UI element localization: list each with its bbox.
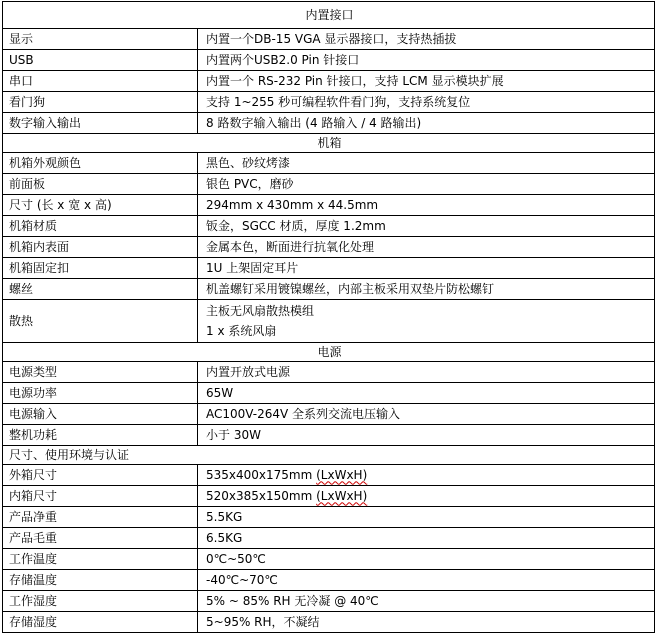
spec-value-cell: 银色 PVC，磨砂 <box>198 174 655 195</box>
spec-row: 机箱内表面金属本色，断面进行抗氧化处理 <box>3 237 655 258</box>
spec-value-cell: 内置开放式电源 <box>198 362 655 383</box>
spec-value-cell: 1U 上架固定耳片 <box>198 258 655 279</box>
spec-label-cell: 工作温度 <box>3 549 198 570</box>
spec-row: 存储湿度5~95% RH，不凝结 <box>3 612 655 633</box>
spec-value-cell: 8 路数字输入输出 (4 路输入 / 4 路输出) <box>198 113 655 134</box>
spec-value-cell: 0℃~50℃ <box>198 549 655 570</box>
spec-label-cell: 机箱材质 <box>3 216 198 237</box>
spellcheck-flagged-text: (LxWxH) <box>316 468 367 482</box>
spec-label-cell: 电源类型 <box>3 362 198 383</box>
spec-label-cell: 产品净重 <box>3 507 198 528</box>
spec-value-cell: 机盖螺钉采用镀镍螺丝，内部主板采用双垫片防松螺钉 <box>198 279 655 300</box>
spec-row: 显示内置一个DB-15 VGA 显示器接口，支持热插拔 <box>3 29 655 50</box>
spec-value-cell: 5.5KG <box>198 507 655 528</box>
spec-value-cell: 535x400x175mm (LxWxH) <box>198 465 655 486</box>
subsection-header: 尺寸、使用环境与认证 <box>3 446 655 465</box>
section-row: 机箱 <box>3 134 655 153</box>
spec-label-cell: 螺丝 <box>3 279 198 300</box>
spec-row: 工作温度0℃~50℃ <box>3 549 655 570</box>
spec-value-cell: 65W <box>198 383 655 404</box>
spec-value-cell: 钣金，SGCC 材质，厚度 1.2mm <box>198 216 655 237</box>
document-page: 内置接口显示内置一个DB-15 VGA 显示器接口，支持热插拔USB内置两个US… <box>0 0 660 640</box>
spec-label-cell: 散热 <box>3 300 198 343</box>
spec-row: 整机功耗小于 30W <box>3 425 655 446</box>
spec-label-cell: 前面板 <box>3 174 198 195</box>
spec-label-cell: 外箱尺寸 <box>3 465 198 486</box>
spec-row: 机箱固定扣1U 上架固定耳片 <box>3 258 655 279</box>
spec-table-body: 内置接口显示内置一个DB-15 VGA 显示器接口，支持热插拔USB内置两个US… <box>3 2 655 633</box>
spec-label-cell: 机箱外观颜色 <box>3 153 198 174</box>
spec-value-cell: -40℃~70℃ <box>198 570 655 591</box>
spec-row: 工作湿度5% ~ 85% RH 无冷凝 @ 40℃ <box>3 591 655 612</box>
spec-row: 看门狗支持 1~255 秒可编程软件看门狗，支持系统复位 <box>3 92 655 113</box>
spec-value-cell: 内置两个USB2.0 Pin 针接口 <box>198 50 655 71</box>
spec-row: 数字输入输出8 路数字输入输出 (4 路输入 / 4 路输出) <box>3 113 655 134</box>
spec-label-cell: USB <box>3 50 198 71</box>
spec-value-line: 主板无风扇散热模组 <box>206 301 650 321</box>
section-header: 内置接口 <box>3 2 655 29</box>
spec-label-cell: 电源功率 <box>3 383 198 404</box>
spec-row: 电源功率65W <box>3 383 655 404</box>
spec-label-cell: 存储温度 <box>3 570 198 591</box>
spec-row: 前面板银色 PVC，磨砂 <box>3 174 655 195</box>
spec-label-cell: 显示 <box>3 29 198 50</box>
spec-row: 电源类型内置开放式电源 <box>3 362 655 383</box>
spec-row: 散热主板无风扇散热模组1 x 系统风扇 <box>3 300 655 343</box>
section-row: 电源 <box>3 343 655 362</box>
spec-row: 尺寸 (长 x 宽 x 高)294mm x 430mm x 44.5mm <box>3 195 655 216</box>
spec-row: 机箱材质钣金，SGCC 材质，厚度 1.2mm <box>3 216 655 237</box>
spec-label-cell: 串口 <box>3 71 198 92</box>
subsection-row: 尺寸、使用环境与认证 <box>3 446 655 465</box>
spec-value-cell: 小于 30W <box>198 425 655 446</box>
spec-value-cell: 内置一个DB-15 VGA 显示器接口，支持热插拔 <box>198 29 655 50</box>
spec-value-cell: 黑色、砂纹烤漆 <box>198 153 655 174</box>
spec-row: 螺丝机盖螺钉采用镀镍螺丝，内部主板采用双垫片防松螺钉 <box>3 279 655 300</box>
spec-label-cell: 内箱尺寸 <box>3 486 198 507</box>
spec-value-cell: 294mm x 430mm x 44.5mm <box>198 195 655 216</box>
spec-label-cell: 机箱内表面 <box>3 237 198 258</box>
spec-value-cell: 内置一个 RS-232 Pin 针接口，支持 LCM 显示模块扩展 <box>198 71 655 92</box>
section-header: 机箱 <box>3 134 655 153</box>
spec-value-cell: AC100V-264V 全系列交流电压输入 <box>198 404 655 425</box>
spec-label-cell: 数字输入输出 <box>3 113 198 134</box>
spec-value-text: 520x385x150mm <box>206 489 316 503</box>
product-spec-table: 内置接口显示内置一个DB-15 VGA 显示器接口，支持热插拔USB内置两个US… <box>2 1 655 633</box>
spec-row: 机箱外观颜色黑色、砂纹烤漆 <box>3 153 655 174</box>
spec-label-cell: 工作湿度 <box>3 591 198 612</box>
spec-row: 电源输入AC100V-264V 全系列交流电压输入 <box>3 404 655 425</box>
spec-value-line: 1 x 系统风扇 <box>206 321 650 341</box>
spec-value-cell: 支持 1~255 秒可编程软件看门狗，支持系统复位 <box>198 92 655 113</box>
spec-row: 产品净重5.5KG <box>3 507 655 528</box>
spec-value-cell: 主板无风扇散热模组1 x 系统风扇 <box>198 300 655 343</box>
spec-row: 串口内置一个 RS-232 Pin 针接口，支持 LCM 显示模块扩展 <box>3 71 655 92</box>
spec-value-cell: 金属本色，断面进行抗氧化处理 <box>198 237 655 258</box>
spec-value-cell: 5~95% RH，不凝结 <box>198 612 655 633</box>
spec-label-cell: 整机功耗 <box>3 425 198 446</box>
spec-label-cell: 产品毛重 <box>3 528 198 549</box>
spec-row: 存储温度-40℃~70℃ <box>3 570 655 591</box>
spec-label-cell: 机箱固定扣 <box>3 258 198 279</box>
spec-value-cell: 520x385x150mm (LxWxH) <box>198 486 655 507</box>
spellcheck-flagged-text: (LxWxH) <box>316 489 367 503</box>
spec-label-cell: 尺寸 (长 x 宽 x 高) <box>3 195 198 216</box>
spec-label-cell: 看门狗 <box>3 92 198 113</box>
spec-value-cell: 6.5KG <box>198 528 655 549</box>
spec-value-text: 535x400x175mm <box>206 468 316 482</box>
spec-row: 外箱尺寸535x400x175mm (LxWxH) <box>3 465 655 486</box>
section-row: 内置接口 <box>3 2 655 29</box>
spec-row: 产品毛重6.5KG <box>3 528 655 549</box>
section-header: 电源 <box>3 343 655 362</box>
spec-row: USB内置两个USB2.0 Pin 针接口 <box>3 50 655 71</box>
spec-label-cell: 存储湿度 <box>3 612 198 633</box>
spec-row: 内箱尺寸520x385x150mm (LxWxH) <box>3 486 655 507</box>
spec-value-cell: 5% ~ 85% RH 无冷凝 @ 40℃ <box>198 591 655 612</box>
spec-label-cell: 电源输入 <box>3 404 198 425</box>
